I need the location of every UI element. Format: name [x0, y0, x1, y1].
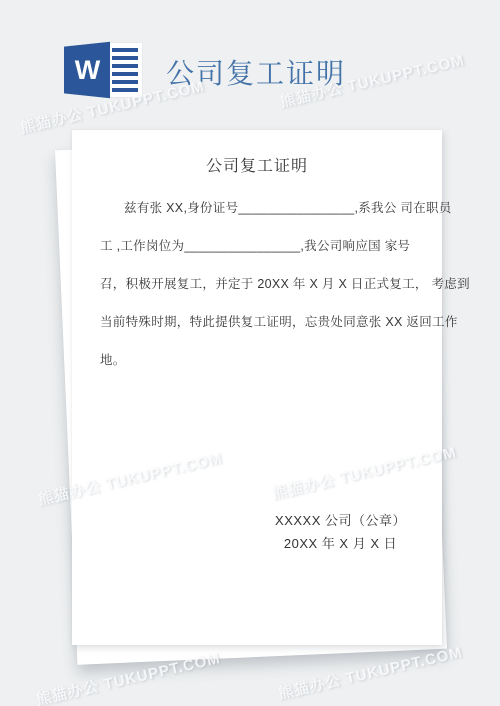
word-icon-letter: W — [64, 40, 110, 100]
document-title: 公司复工证明 — [72, 130, 442, 176]
body-line: 工 ,工作岗位为________________,我公司响应国 家号 — [100, 227, 416, 265]
word-file-icon: W — [64, 40, 144, 100]
document-body: 兹有张 XX,身份证号________________,系我公 司在职员 工 ,… — [72, 189, 442, 379]
body-line: 当前特殊时期，特此提供复工证明，忘贵处同意张 XX 返回工作 — [100, 303, 416, 341]
signature-company: XXXXX 公司（公章） — [275, 510, 406, 532]
header: W 公司复工证明 — [0, 0, 500, 110]
word-icon-page — [108, 43, 142, 97]
paper-sheet-main: 公司复工证明 兹有张 XX,身份证号________________,系我公 司… — [72, 130, 442, 645]
page-title: 公司复工证明 — [166, 52, 346, 92]
signature-date: 20XX 年 X 月 X 日 — [275, 532, 406, 555]
body-line: 召，积极开展复工，并定于 20XX 年 X 月 X 日正式复工， 考虑到 — [100, 265, 416, 303]
signature-block: XXXXX 公司（公章） 20XX 年 X 月 X 日 — [275, 510, 406, 555]
page-background: { "header": { "icon_letter": "W", "title… — [0, 0, 500, 706]
body-line: 地。 — [100, 341, 416, 379]
body-line: 兹有张 XX,身份证号________________,系我公 司在职员 — [100, 189, 416, 227]
word-icon-text-lines — [112, 48, 138, 92]
